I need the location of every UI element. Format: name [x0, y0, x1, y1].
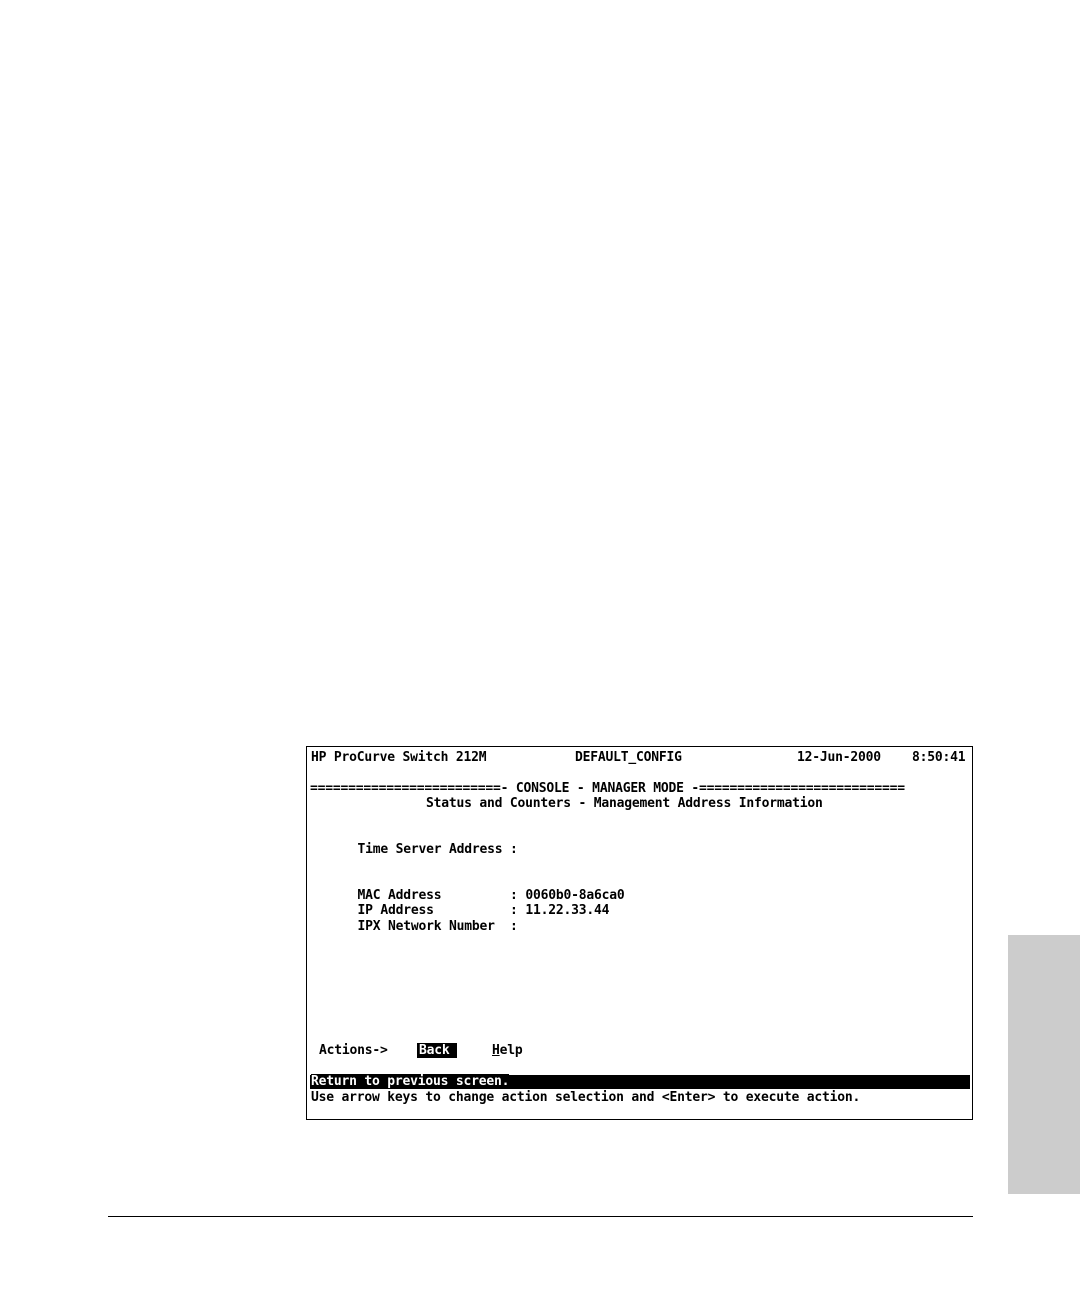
help-hotkey: H [492, 1043, 500, 1058]
status-hint: Use arrow keys to change action selectio… [311, 1090, 860, 1105]
back-action[interactable]: Back [417, 1043, 457, 1058]
field-label: Time Server Address : [358, 842, 518, 857]
date: 12-Jun-2000 [797, 750, 881, 765]
mode-banner: =========================- CONSOLE - MAN… [310, 781, 905, 796]
footer-rule [108, 1216, 973, 1217]
help-label-rest: elp [500, 1043, 523, 1058]
device-name: HP ProCurve Switch 212M [311, 750, 486, 765]
time: 8:50:41 [912, 750, 965, 765]
side-thumb-tab [1008, 935, 1080, 1194]
field-value: 11.22.33.44 [525, 903, 609, 918]
config-name: DEFAULT_CONFIG [575, 750, 682, 765]
field-label: IPX Network Number : [358, 919, 518, 934]
help-action[interactable]: Help [492, 1043, 523, 1058]
screen-title: Status and Counters - Management Address… [426, 796, 823, 811]
console-screen: HP ProCurve Switch 212M DEFAULT_CONFIG 1… [306, 746, 973, 1120]
field-ipx-network: IPX Network Number : [327, 904, 525, 949]
actions-label: Actions-> [319, 1043, 388, 1058]
status-message: Return to previous screen. [311, 1074, 509, 1089]
